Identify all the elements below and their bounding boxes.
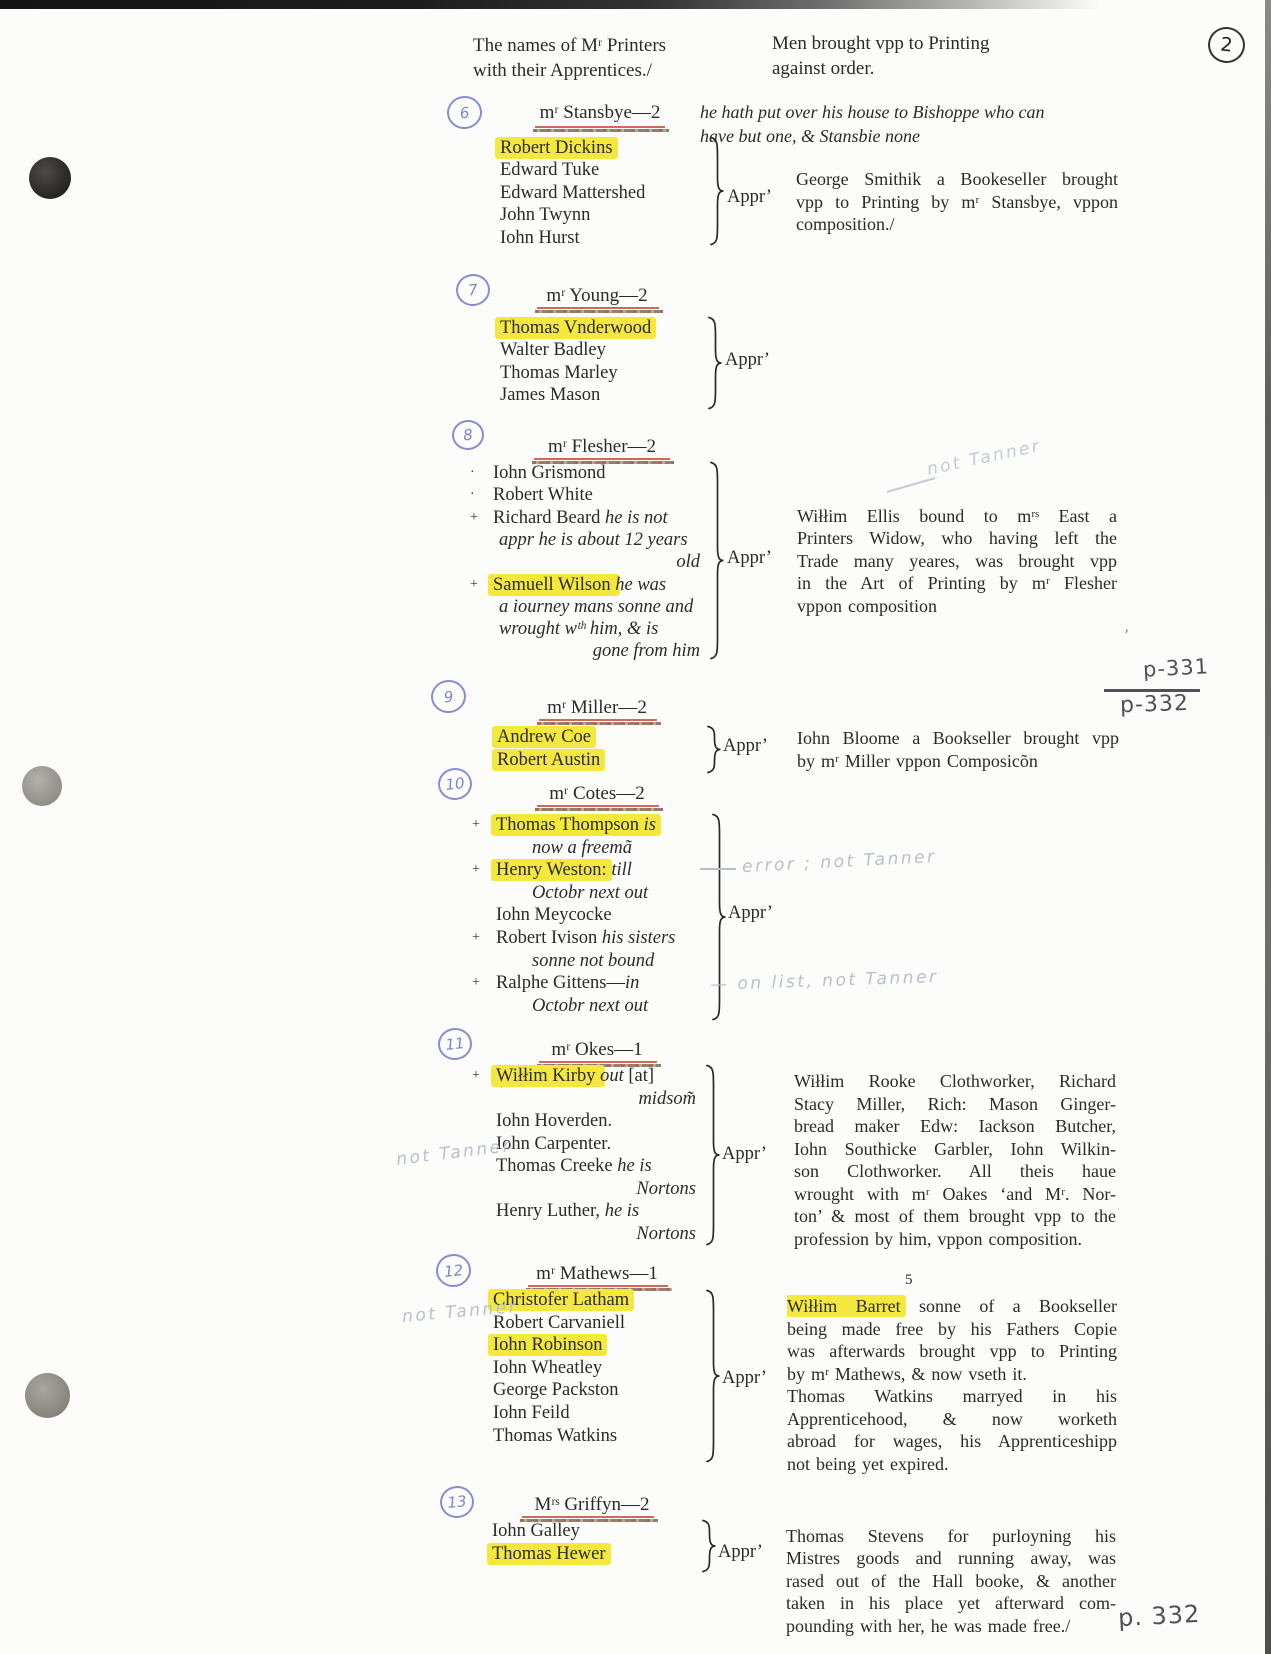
apprentice-line: Iohn Robinson [493,1335,602,1356]
note-line: in the Art of Printing by mʳ Flesher [797,572,1117,594]
note-line: Wiłłim Ellis bound to mʳˢ East a [797,505,1117,527]
highlighted-text: Thomas Thompson [491,814,649,836]
text-segment: by mʳ Mathews, & now vseth it. [787,1364,1027,1384]
text-segment: was afterwards brought vpp to Printing [787,1341,1117,1361]
page-number-circled: 2 [1206,25,1247,65]
appr-label: Appr’ [723,736,768,757]
text-segment: he is not [605,508,668,528]
appr-label: Appr’ [728,903,773,924]
title-underline [539,719,657,721]
barret-footnote-number: 5 [905,1272,913,1289]
ink-note-p332: p-332 [1120,691,1190,718]
text-segment: Wiłłim Ellis bound to mʳˢ East a [797,506,1117,526]
apprentice-line: Samuell Wilson he was [493,575,666,596]
text-segment: Iohn Meycocke [496,905,612,925]
section-number-badge: 11 [436,1026,473,1061]
note-line: by mʳ Mathews, & now vseth it. [787,1363,1117,1386]
apprentice-line: gone from him [493,641,700,662]
apprentice-line: Iohn Feild [493,1403,570,1424]
note-line: Thomas Watkins marryed in his [787,1385,1117,1408]
text-segment: Iohn Bloome a Bookseller brought vpp [797,728,1119,748]
note-line: was afterwards brought vpp to Printing [787,1340,1117,1363]
note-line: Iohn Southicke Garbler, Iohn Wilkin- [794,1138,1116,1161]
apprentice-line: Walter Badley [500,340,606,361]
pencil-note-flesher: not Tanner [925,436,1043,480]
highlighted-text: Henry Weston: [491,859,612,881]
note-line: ton’ & most of them brought vpp to the [794,1205,1116,1228]
text-segment: Thomas Marley [500,363,618,383]
apprentice-line: Henry Weston: till [496,860,632,881]
apprentice-line: Octobr next out [532,996,648,1017]
title-underline-2 [535,310,663,313]
column-header-right: Men brought vpp to Printing against orde… [772,31,989,81]
apprentice-line: a iourney mans sonne and [499,597,693,618]
note-line: composition./ [796,213,1118,236]
page-number: 2 [1219,33,1233,56]
highlighted-text: Robert Austin [492,749,605,771]
section-title: mʳ Cotes—2 [549,783,644,805]
apprentice-line: Edward Tuke [500,160,599,181]
appr-brace [708,136,726,251]
header-left-line1: The names of Mʳ Printers [473,33,666,58]
text-segment: Iohn Southicke Garbler, Iohn Wilkin- [794,1139,1116,1159]
text-segment: Thomas Watkins [493,1426,617,1446]
apprentice-line: Iohn Galley [492,1521,580,1542]
apprentice-line: Richard Beard he is not [493,508,668,529]
note-line: by mʳ Miller vppon Composicõn [797,750,1119,773]
text-segment: he is [617,1156,651,1176]
margin-marker: + [472,817,480,833]
note-line: not being yet expired. [787,1453,1117,1476]
apprentice-line: Nortons [496,1224,696,1245]
section-note: Wiłłim Barret sonne of a Booksellerbeing… [787,1295,1117,1475]
text-segment: Edward Tuke [500,160,599,180]
pencil-note-cotes-list: — on list, not Tanner [710,967,939,995]
text-segment: John Twynn [500,205,590,225]
pencil-stroke [887,477,936,493]
appr-label: Appr’ [727,187,772,208]
text-segment: [at] [624,1066,654,1086]
apprentice-line: now a freemã [532,838,632,859]
text-segment: James Mason [500,385,600,405]
appr-label: Appr’ [727,548,772,569]
highlighted-text: Wiłłim Kirby [491,1065,605,1087]
note-line: vpp to Printing by mʳ Stansbye, vppon [796,191,1118,214]
text-segment: Printers Widow, who having left the [797,528,1117,548]
apprentice-line: Iohn Grismond [493,463,606,484]
margin-marker: + [472,930,480,946]
apprentice-line: Iohn Meycocke [496,905,612,926]
text-segment: Iohn Hurst [500,228,580,248]
section-note: Iohn Bloome a Bookseller brought vppby m… [797,727,1119,772]
apprentice-line: Iohn Hurst [500,228,580,249]
text-segment: Stacy Miller, Rich: Mason Ginger- [794,1094,1116,1114]
header-left-line2: with their Apprentices./ [473,58,666,83]
text-segment: abroad for wages, his Apprenticeshipp [787,1431,1117,1451]
note-line: vppon composition [797,595,1117,617]
text-segment: gone from him [593,641,700,661]
text-segment: Ralphe Gittens— [496,973,625,993]
title-underline [535,126,665,128]
text-segment: being made free by his Fathers Copie [787,1319,1117,1339]
margin-marker: · [470,465,475,481]
highlighted-text: Robert Dickins [495,137,618,159]
section-note: George Smithik a Bookeseller broughtvpp … [796,168,1118,236]
apprentice-line: James Mason [500,385,600,406]
section-note: Thomas Stevens for purloyning hisMistres… [786,1525,1116,1637]
ink-note-p331: p-331 [1142,654,1209,681]
note-line: abroad for wages, his Apprenticeshipp [787,1430,1117,1453]
note-line: George Smithik a Bookeseller brought [796,168,1118,191]
note-line: Trade many yeares, was brought vpp [797,550,1117,572]
apprentice-line: old [493,552,700,573]
section-note: Wiłłim Ellis bound to mʳˢ East aPrinters… [797,505,1117,617]
apprentice-line: Thomas Hewer [492,1544,606,1565]
text-segment: not being yet expired. [787,1454,948,1474]
text-segment: wrought with mʳ Oakes ‘and Mʳ. Nor- [794,1184,1116,1204]
apprentice-line: Ralphe Gittens—in [496,973,639,994]
text-segment: Trade many yeares, was brought vpp [797,551,1117,571]
text-segment: Thomas Stevens for purloyning his [786,1526,1116,1546]
text-segment: Henry Luther, [496,1201,605,1221]
ink-tick-mark: ’ [1124,626,1130,645]
text-segment: till [607,860,632,880]
text-segment: a iourney mans sonne and [499,597,693,617]
pencil-dash [700,868,736,870]
margin-marker: + [470,577,478,593]
title-underline-2 [537,722,661,725]
section-number-badge: 10 [436,766,473,801]
apprentice-line: appr he is about 12 years [499,530,688,551]
margin-marker: + [472,1068,480,1084]
note-line: wrought with mʳ Oakes ‘and Mʳ. Nor- [794,1183,1116,1206]
title-underline [539,1061,657,1063]
text-segment: Iohn Carpenter. [496,1134,611,1154]
text-segment: Apprenticehood, & now worketh [787,1409,1117,1429]
apprentice-line: Thomas Vnderwood [500,318,651,339]
apprentice-line: Robert Austin [497,750,600,771]
note-line: rased out of the Hall booke, & another [786,1570,1116,1592]
note-line: taken in his place yet afterward com- [786,1592,1116,1614]
appr-brace [708,461,726,665]
appr-label: Appr’ [722,1144,767,1165]
title-underline [537,307,659,309]
text-segment: Iohn Wheatley [493,1358,602,1378]
hole-punch-bottom [25,1373,70,1418]
apprentice-line: Robert Dickins [500,138,613,159]
note-line: Wiłłim Barret sonne of a Bookseller [787,1295,1117,1318]
side-note-italic: he hath put over his house to Bishoppe w… [700,102,1044,123]
apprentice-line: Robert Ivison his sisters [496,928,675,949]
section-title: mʳ Okes—1 [551,1039,642,1061]
text-segment: he was [615,575,666,595]
text-segment: Iohn Galley [492,1521,580,1541]
apprentice-line: Iohn Hoverden. [496,1111,612,1132]
section-title: mʳ Mathews—1 [536,1263,658,1285]
apprentice-line: Octobr next out [532,883,648,904]
note-line: profession by him, vppon composition. [794,1228,1116,1251]
margin-marker: + [472,862,480,878]
title-underline [534,458,670,460]
appr-brace [700,1519,718,1578]
text-segment: Richard Beard [493,508,605,528]
text-segment: Walter Badley [500,340,606,360]
apprentice-line: wrought wᵗʰ him, & is [499,619,658,640]
apprentice-line: George Packston [493,1380,619,1401]
text-segment: Nortons [636,1179,696,1199]
hole-punch-middle [22,766,62,806]
text-segment: Edward Mattershed [500,183,645,203]
text-segment: vpp to Printing by mʳ Stansbye, vppon [796,192,1118,212]
apprentice-line: Iohn Wheatley [493,1358,602,1379]
text-segment: George Smithik a Bookeseller brought [796,169,1118,189]
text-segment: Thomas Watkins marryed in his [787,1386,1117,1406]
note-line: son Clothworker. All theis haue [794,1160,1116,1183]
section-title: mʳ Stansbye—2 [540,102,661,124]
header-right-line1: Men brought vpp to Printing [772,31,989,56]
note-line: Wiłłim Rooke Clothworker, Richard [794,1070,1116,1093]
header-right-line2: against order. [772,56,989,81]
section-number-badge: 9 [429,678,467,714]
text-segment: Thomas Creeke [496,1156,617,1176]
apprentice-line: Iohn Carpenter. [496,1134,611,1155]
highlighted-text: Samuell Wilson [488,574,620,596]
column-header-left: The names of Mʳ Printers with their Appr… [473,33,666,83]
text-segment: midsom̃ [638,1089,696,1109]
pencil-note-cotes-error: error ; not Tanner [742,847,937,877]
text-segment: his sisters [602,928,676,948]
note-line: Apprenticehood, & now worketh [787,1408,1117,1431]
note-line: Stacy Miller, Rich: Mason Ginger- [794,1093,1116,1116]
scanned-document-page: 2 The names of Mʳ Printers with their Ap… [0,0,1271,1654]
text-segment: old [676,552,700,572]
text-segment: ton’ & most of them brought vpp to the [794,1206,1116,1226]
title-underline [528,1285,668,1287]
note-line: Printers Widow, who having left the [797,527,1117,549]
appr-label: Appr’ [718,1542,763,1563]
appr-brace [704,1289,722,1468]
section-title: Mʳˢ Griffyn—2 [535,1494,650,1516]
apprentice-line: Thomas Marley [500,363,618,384]
apprentice-line: Thomas Thompson is [496,815,656,836]
text-segment: wrought wᵗʰ him, & is [499,619,658,639]
text-segment: rased out of the Hall booke, & another [786,1571,1116,1591]
text-segment: Robert Ivison [496,928,602,948]
section-number-badge: 6 [445,94,483,130]
section-number-badge: 12 [434,1252,472,1288]
text-segment: sonne of a Bookseller [901,1296,1117,1316]
text-segment: Octobr next out [532,883,648,903]
appr-brace [705,725,723,779]
text-segment: sonne not bound [532,951,654,971]
apprentice-line: Nortons [496,1179,696,1200]
note-line: pounding with her, he was made free./ [786,1615,1116,1637]
text-segment: out [600,1066,624,1086]
text-segment: Iohn Hoverden. [496,1111,612,1131]
title-underline [537,805,659,807]
section-title: mʳ Flesher—2 [548,436,656,458]
note-line: Thomas Stevens for purloyning his [786,1525,1116,1547]
section-number-badge: 7 [454,272,491,307]
note-line: bread maker Edw: Iackson Butcher, [794,1115,1116,1138]
apprentice-line: John Twynn [500,205,590,226]
highlighted-text: Thomas Hewer [487,1543,611,1565]
note-line: Mistres goods and running away, was [786,1547,1116,1569]
text-segment: son Clothworker. All theis haue [794,1161,1116,1181]
section-title: mʳ Miller—2 [547,697,647,719]
apprentice-line: Robert White [493,485,593,506]
apprentice-line: Edward Mattershed [500,183,645,204]
text-segment: in [625,973,639,993]
text-segment: vppon composition [797,596,937,616]
apprentice-line: sonne not bound [532,951,654,972]
text-segment: Robert White [493,485,593,505]
title-underline [522,1516,654,1518]
highlighted-text: is [639,814,661,836]
section-number-badge: 13 [438,1484,475,1519]
text-segment: Iohn Feild [493,1403,570,1423]
text-segment: pounding with her, he was made free./ [786,1616,1070,1636]
text-segment: by mʳ Miller vppon Composicõn [797,751,1038,771]
text-segment: he is [605,1201,639,1221]
section-note: Wiłłim Rooke Clothworker, RichardStacy M… [794,1070,1116,1250]
highlighted-text: Iohn Robinson [488,1334,607,1356]
apprentice-line: Wiłłim Kirby out [at] [496,1066,654,1087]
hole-punch-top [29,157,71,199]
apprentice-line: Thomas Watkins [493,1426,617,1447]
margin-marker: + [470,510,478,526]
section-title: mʳ Young—2 [546,285,647,307]
title-underline-2 [533,129,669,132]
text-segment: taken in his place yet afterward com- [786,1593,1116,1613]
text-segment: Octobr next out [532,996,648,1016]
scan-edge-top [0,0,1100,9]
appr-brace [706,316,724,415]
text-segment: profession by him, vppon composition. [794,1229,1082,1249]
apprentice-line: midsom̃ [496,1089,696,1110]
margin-marker: · [470,487,475,503]
text-segment: George Packston [493,1380,619,1400]
note-line: Iohn Bloome a Bookseller brought vpp [797,727,1119,750]
apprentice-line: Andrew Coe [497,727,591,748]
text-segment: Nortons [636,1224,696,1244]
ink-note-footer-page: p. 332 [1117,1600,1201,1632]
section-number-badge: 8 [451,418,486,451]
title-underline-2 [535,808,663,811]
text-segment: Wiłłim Rooke Clothworker, Richard [794,1071,1116,1091]
apprentice-line: Henry Luther, he is [496,1201,639,1222]
text-segment: Iohn Grismond [493,463,606,483]
appr-label: Appr’ [722,1368,767,1389]
highlighted-text: Wiłłim Barret [787,1295,906,1317]
margin-marker: + [472,975,480,991]
highlighted-text: Thomas Vnderwood [495,317,656,339]
text-segment: bread maker Edw: Iackson Butcher, [794,1116,1116,1136]
text-segment: composition./ [796,214,895,234]
text-segment: now a freemã [532,838,632,858]
text-segment: Mistres goods and running away, was [786,1548,1116,1568]
apprentice-line: Thomas Creeke he is [496,1156,652,1177]
note-line: being made free by his Fathers Copie [787,1318,1117,1341]
text-segment: appr he is about 12 years [499,530,688,550]
scan-edge-right [1265,0,1271,1654]
text-segment: in the Art of Printing by mʳ Flesher [797,573,1117,593]
highlighted-text: Andrew Coe [492,726,596,748]
appr-label: Appr’ [725,350,770,371]
appr-brace [704,1064,722,1251]
side-note-italic: have but one, & Stansbie none [700,126,920,147]
